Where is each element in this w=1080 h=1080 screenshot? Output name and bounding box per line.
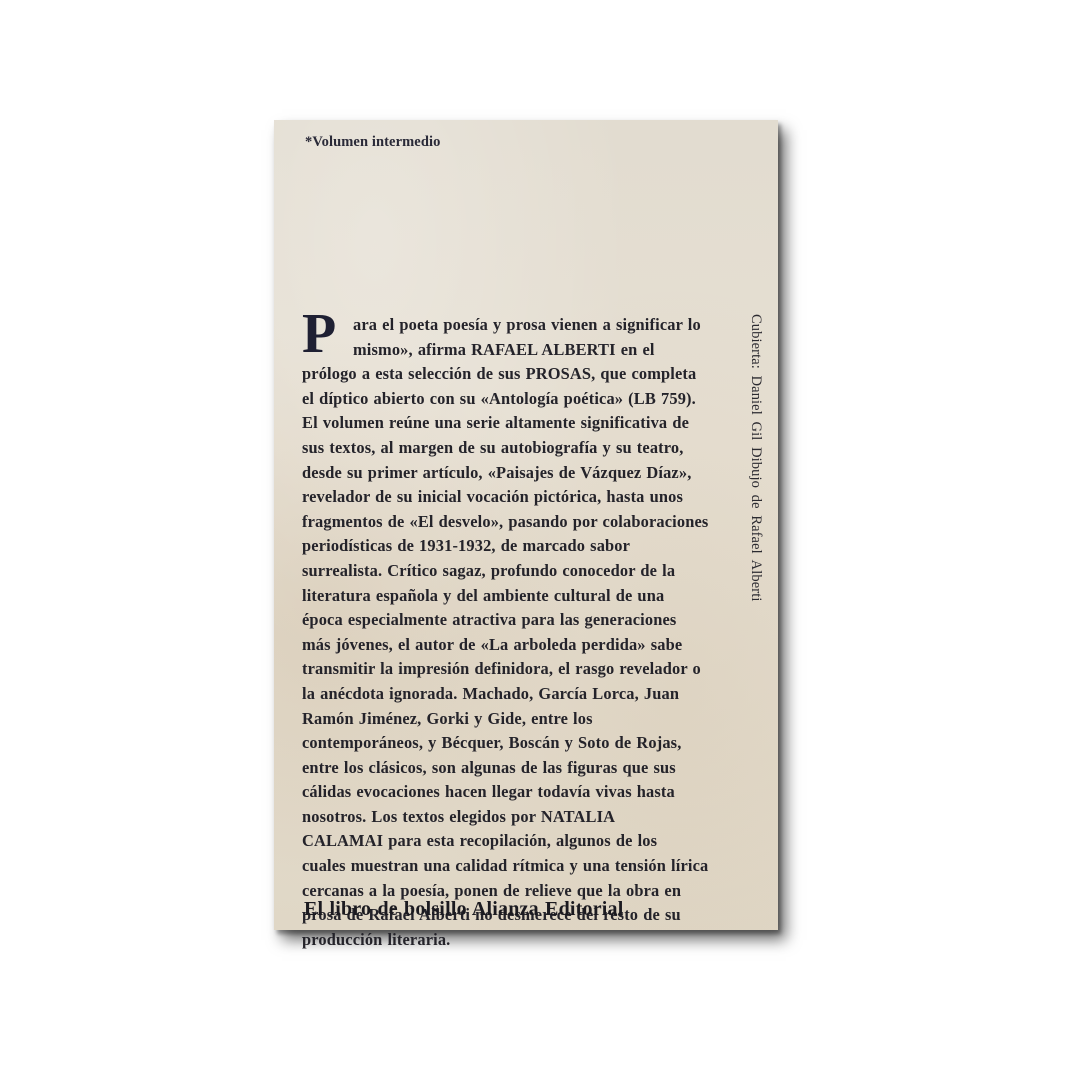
blurb-line: Ramón Jiménez, Gorki y Gide, entre los [302,707,742,732]
book-back-cover: *Volumen intermedio P ara el poeta poesí… [274,120,778,930]
blurb-line: producción literaria. [302,928,742,953]
blurb-line: periodísticas de 1931-1932, de marcado s… [302,534,742,559]
blurb-line: CALAMAI para esta recopilación, algunos … [302,829,742,854]
blurb-line: cuales muestran una calidad rítmica y un… [302,854,742,879]
blurb-line: época especialmente atractiva para las g… [302,608,742,633]
volume-note: *Volumen intermedio [305,134,441,151]
blurb-text: ara el poeta poesía y prosa vienen a sig… [302,313,742,952]
blurb-line: transmitir la impresión definidora, el r… [302,657,742,682]
blurb-line: desde su primer artículo, «Paisajes de V… [302,461,742,486]
blurb-line: entre los clásicos, son algunas de las f… [302,756,742,781]
blurb-line: revelador de su inicial vocación pictóri… [302,485,742,510]
blurb-line: literatura española y del ambiente cultu… [302,584,742,609]
page-background: *Volumen intermedio P ara el poeta poesí… [0,0,1080,1080]
blurb-line: nosotros. Los textos elegidos por NATALI… [302,805,742,830]
blurb-line: cálidas evocaciones hacen llegar todavía… [302,780,742,805]
blurb-line: mismo», afirma RAFAEL ALBERTI en el [302,338,742,363]
blurb-line: prólogo a esta selección de sus PROSAS, … [302,362,742,387]
blurb-line: ara el poeta poesía y prosa vienen a sig… [302,313,742,338]
publisher-line: El libro de bolsillo Alianza Editorial [304,898,624,921]
blurb-line: El volumen reúne una serie altamente sig… [302,411,742,436]
cover-credit: Cubierta: Daniel Gil Dibujo de Rafael Al… [747,314,764,614]
blurb-line: fragmentos de «El desvelo», pasando por … [302,510,742,535]
blurb-line: sus textos, al margen de su autobiografí… [302,436,742,461]
blurb-line: surrealista. Crítico sagaz, profundo con… [302,559,742,584]
blurb-line: más jóvenes, el autor de «La arboleda pe… [302,633,742,658]
blurb-line: contemporáneos, y Bécquer, Boscán y Soto… [302,731,742,756]
blurb-line: la anécdota ignorada. Machado, García Lo… [302,682,742,707]
blurb-line: el díptico abierto con su «Antología poé… [302,387,742,412]
